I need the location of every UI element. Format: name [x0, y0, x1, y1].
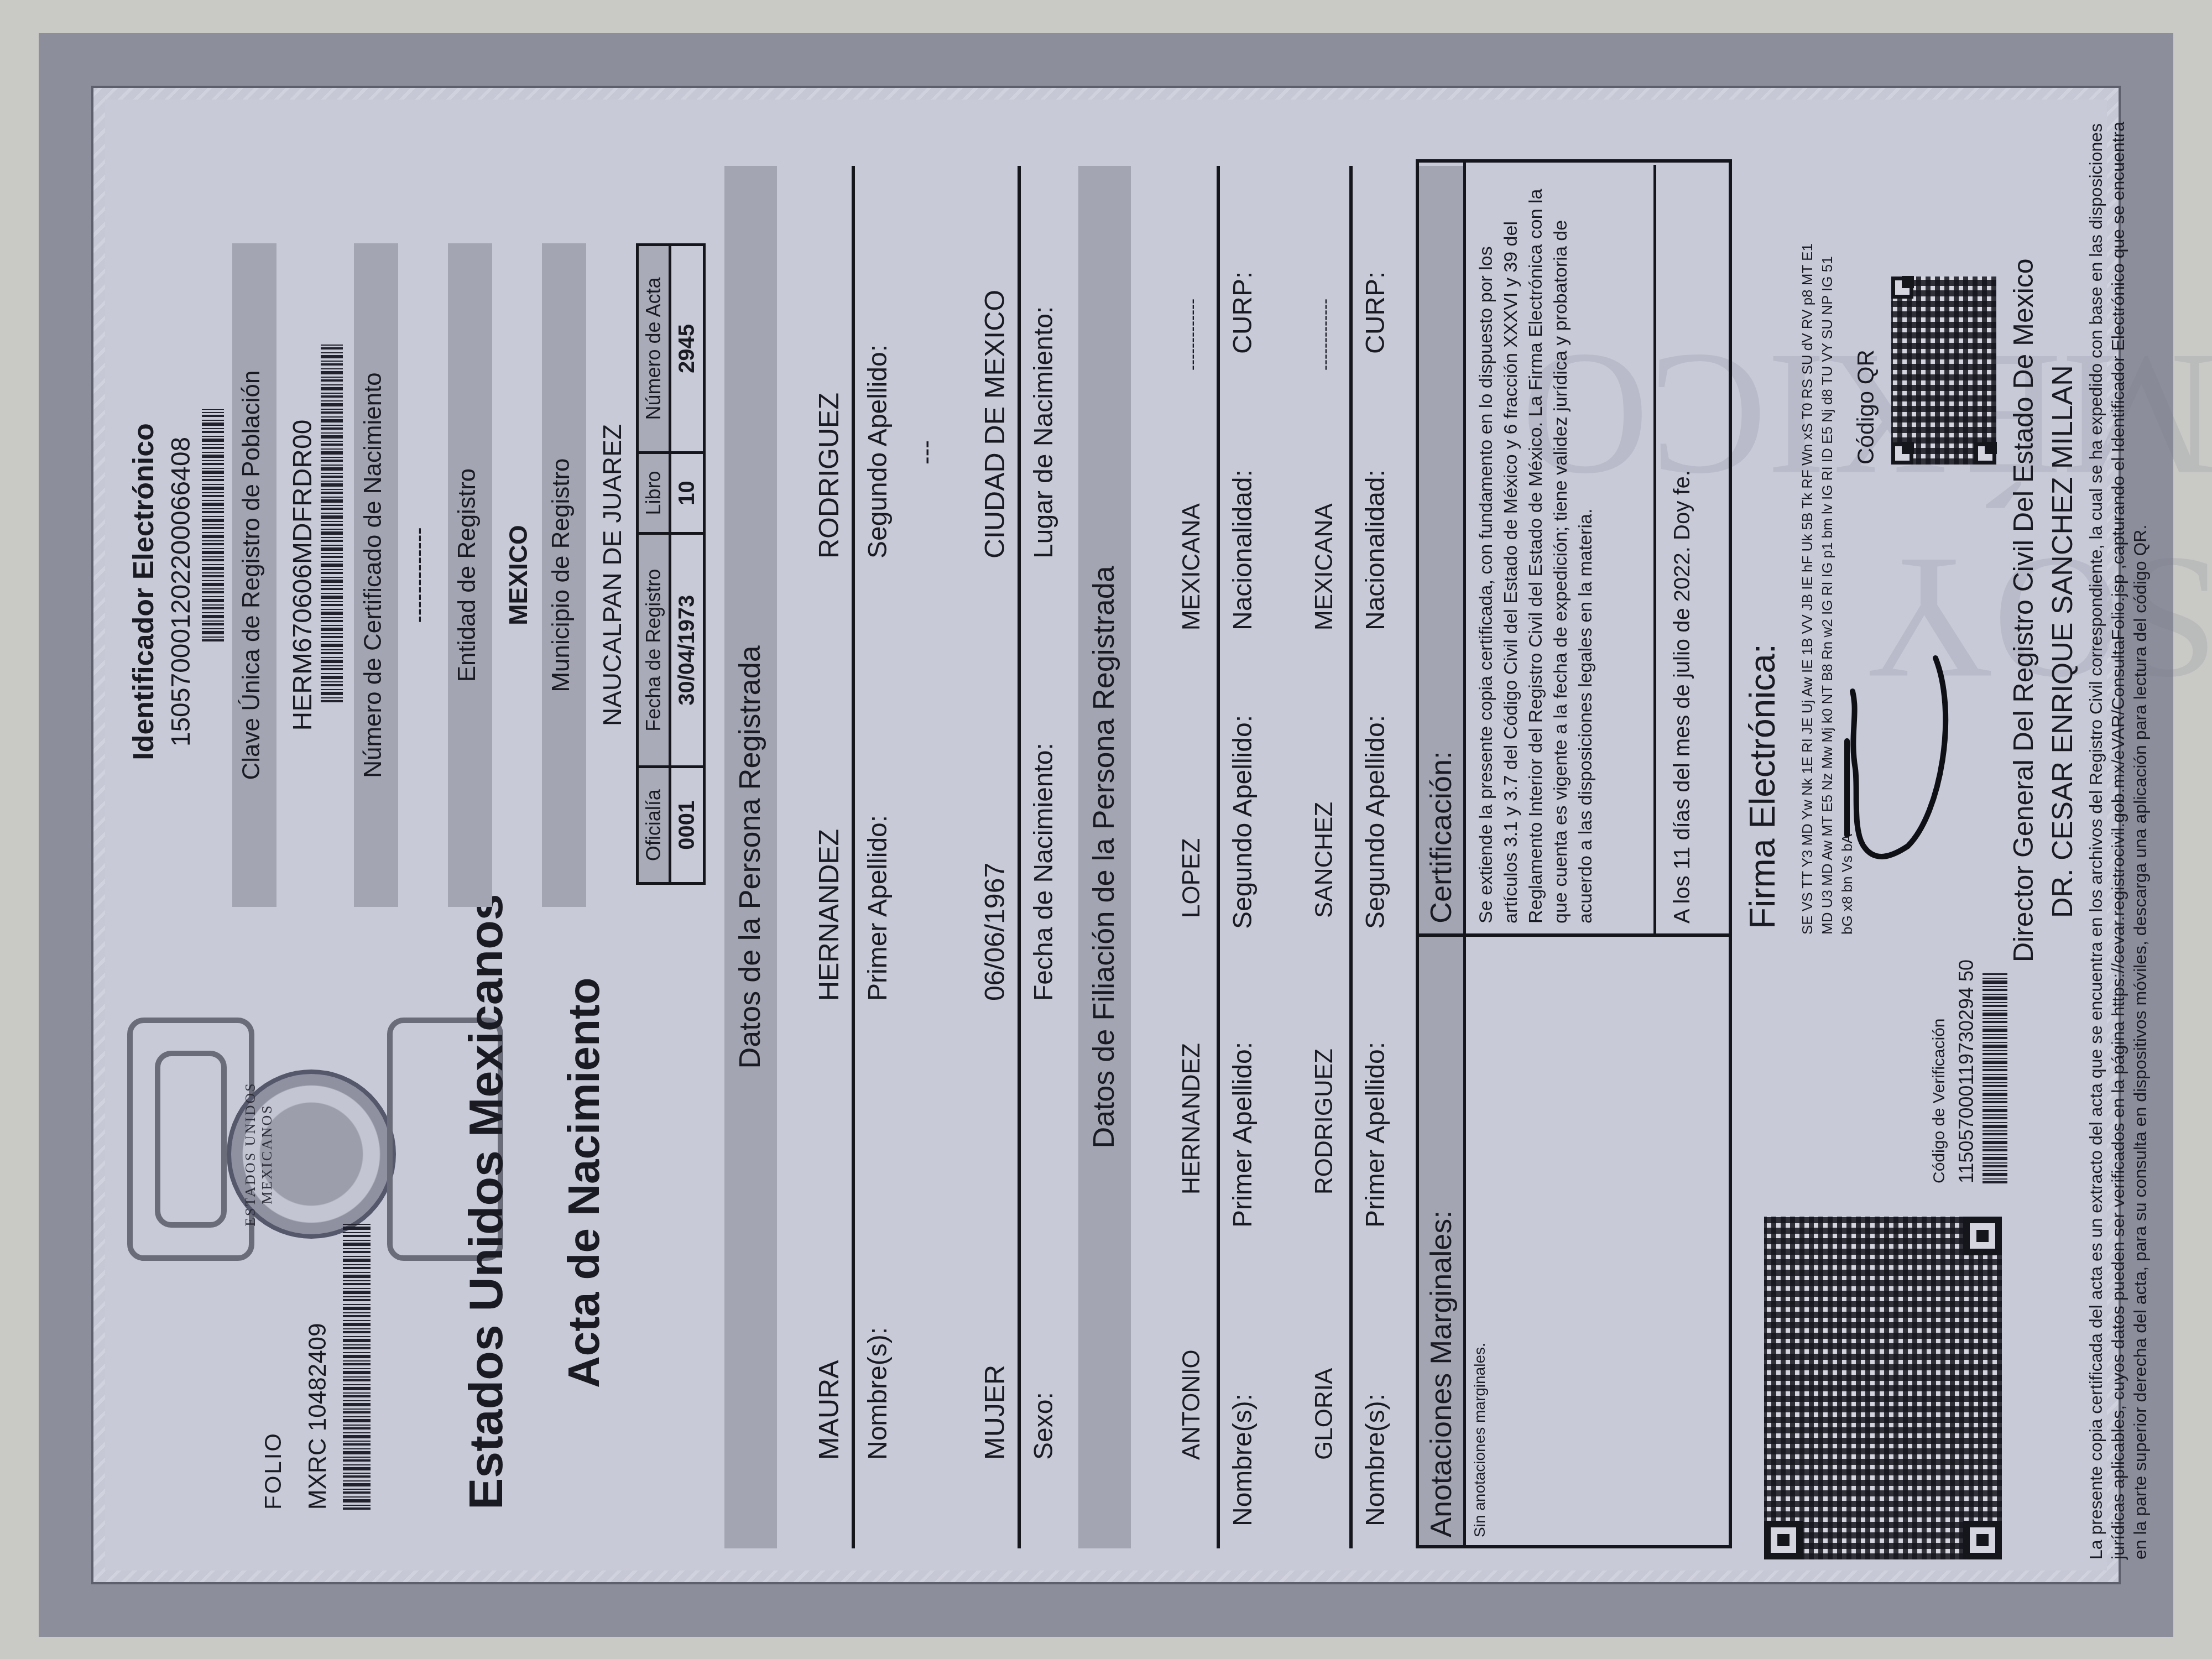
padre-nombre-value: ANTONIO — [1178, 1349, 1206, 1460]
verificacion-label: Código de Verificación — [1930, 1018, 1949, 1183]
padre-primer-apellido-label: Primer Apellido: — [1228, 1042, 1258, 1228]
persona-segundo-apellido-value: RODRIGUEZ — [813, 393, 845, 559]
persona-lugar-nacimiento-label: Lugar de Nacimiento: — [1029, 306, 1059, 559]
certificado-value: ------------- — [406, 243, 431, 907]
verificacion-barcode — [1983, 973, 2007, 1183]
persona-row1-line — [852, 166, 855, 1548]
padre-nombre-label: Nombre(s): — [1228, 1394, 1258, 1526]
curp-label: Clave Única de Registro de Población — [238, 243, 265, 907]
fecha-registro-header: Fecha de Registro — [638, 533, 670, 766]
padre-nacionalidad-label: Nacionalidad: — [1228, 469, 1258, 630]
municipio-label: Municipio de Registro — [547, 243, 575, 907]
padre-primer-apellido-value: HERNANDEZ — [1178, 1043, 1206, 1194]
folio-value: MXRC 10482409 — [304, 1323, 332, 1510]
certificacion-date: A los 11 días del mes de julio de 2022. … — [1670, 470, 1695, 924]
filiacion-section-title: Datos de Filiación de la Persona Registr… — [1087, 166, 1121, 1548]
large-qr-code[interactable] — [1764, 1217, 2002, 1559]
fecha-registro-value: 30/04/1973 — [670, 533, 705, 766]
handwritten-signature — [1825, 630, 1958, 879]
curp-barcode — [321, 343, 343, 702]
persona-extra-value: --- — [912, 440, 940, 465]
firmante-nombre: DR. CESAR ENRIQUE SANCHEZ MILLAN — [2046, 365, 2079, 918]
libro-header: Libro — [638, 452, 670, 533]
madre-curp-label: CURP: — [1360, 272, 1391, 354]
persona-segundo-apellido-label: Segundo Apellido: — [863, 345, 893, 559]
identificador-label: Identificador Electrónico — [127, 265, 160, 918]
madre-curp-value: ------------- — [1316, 299, 1335, 371]
persona-sexo-label: Sexo: — [1029, 1392, 1059, 1460]
madre-line — [1349, 166, 1353, 1548]
qr-finder — [1891, 276, 1913, 299]
firma-title: Firma Electrónica: — [1742, 644, 1783, 929]
persona-fecha-nacimiento-label: Fecha de Nacimiento: — [1029, 743, 1059, 1001]
qr-finder — [1963, 1521, 2002, 1559]
numero-acta-value: 2945 — [670, 245, 705, 453]
folio-barcode — [343, 1222, 371, 1510]
qr-finder — [1891, 442, 1913, 465]
small-qr-code[interactable] — [1891, 276, 1996, 465]
registro-table: Oficialía Fecha de Registro Libro Número… — [636, 243, 706, 885]
madre-segundo-apellido-label: Segundo Apellido: — [1360, 715, 1391, 929]
persona-nombre-label: Nombre(s): — [863, 1327, 893, 1460]
box-divider — [1416, 933, 1729, 937]
qr-finder — [1764, 1521, 1803, 1559]
persona-row2-line — [1018, 166, 1021, 1548]
persona-sexo-value: MUJER — [979, 1365, 1011, 1460]
entidad-value: MEXICO — [503, 243, 533, 907]
padre-curp-value: ------------- — [1183, 299, 1202, 371]
identificador-barcode — [202, 409, 224, 641]
municipio-value: NAUCALPAN DE JUAREZ — [597, 243, 627, 907]
madre-nacionalidad-value: MEXICANA — [1311, 503, 1338, 630]
certificacion-date-line — [1653, 165, 1656, 933]
padre-curp-label: CURP: — [1228, 272, 1258, 354]
entidad-label: Entidad de Registro — [453, 243, 481, 907]
seal-caption: ESTADOS UNIDOS MEXICANOS — [242, 1074, 275, 1234]
padre-segundo-apellido-label: Segundo Apellido: — [1228, 715, 1258, 929]
curp-value: HERM670606MDFRDR00 — [288, 243, 318, 907]
qr-finder — [1974, 442, 1996, 465]
aztec-glyph-ornament-inner — [155, 1051, 227, 1228]
certificate-sheet: SOY MÉXICO ESTADOS UNIDOS MEXICANOS FOLI… — [105, 100, 2107, 1571]
madre-nombre-value: GLORIA — [1311, 1368, 1338, 1460]
qr-finder — [1963, 1217, 2002, 1255]
oficialia-header: Oficialía — [638, 767, 670, 884]
padre-nacionalidad-value: MEXICANA — [1178, 503, 1206, 630]
libro-value: 10 — [670, 452, 705, 533]
persona-section-title: Datos de la Persona Registrada — [733, 166, 767, 1548]
firmante-cargo: Director General Del Registro Civil Del … — [2007, 258, 2039, 962]
madre-nombre-label: Nombre(s): — [1360, 1394, 1391, 1526]
certificado-label: Número de Certificado de Nacimiento — [359, 243, 387, 907]
identificador-value: 150570001202200066408 — [166, 265, 196, 918]
qr-label: Código QR — [1853, 349, 1879, 465]
anotaciones-title: Anotaciones Marginales: — [1424, 1211, 1458, 1537]
footer-disclaimer: La presente copia certificada del acta e… — [2085, 111, 2151, 1559]
madre-nacionalidad-label: Nacionalidad: — [1360, 469, 1391, 630]
oficialia-value: 0001 — [670, 767, 705, 884]
madre-segundo-apellido-value: SANCHEZ — [1311, 802, 1338, 918]
padre-line — [1217, 166, 1220, 1548]
folio-label: FOLIO — [260, 1432, 286, 1510]
certificacion-text: Se extiende la presente copia certificad… — [1474, 182, 1598, 924]
persona-nombre-value: MAURA — [813, 1360, 845, 1460]
numero-acta-header: Número de Acta — [638, 245, 670, 453]
certificacion-title: Certificación: — [1424, 751, 1458, 924]
country-title: Estados Unidos Mexicanos — [459, 894, 514, 1510]
box-header-line — [1463, 163, 1466, 1548]
padre-segundo-apellido-value: LOPEZ — [1178, 838, 1206, 918]
coat-of-arms-seal-icon: ESTADOS UNIDOS MEXICANOS — [227, 1070, 396, 1239]
madre-primer-apellido-value: RODRIGUEZ — [1311, 1048, 1338, 1194]
madre-primer-apellido-label: Primer Apellido: — [1360, 1042, 1391, 1228]
persona-primer-apellido-value: HERNANDEZ — [813, 829, 845, 1001]
document-title: Acta de Nacimiento — [559, 978, 609, 1388]
birth-certificate-page: SOY MÉXICO ESTADOS UNIDOS MEXICANOS FOLI… — [39, 33, 2173, 1637]
persona-fecha-nacimiento-value: 06/06/1967 — [979, 863, 1011, 1001]
anotaciones-text: Sin anotaciones marginales. — [1471, 1343, 1489, 1537]
persona-primer-apellido-label: Primer Apellido: — [863, 815, 893, 1001]
verificacion-value: 115057000119730294 50 — [1955, 959, 1978, 1183]
persona-lugar-nacimiento-value: CIUDAD DE MEXICO — [979, 290, 1011, 559]
